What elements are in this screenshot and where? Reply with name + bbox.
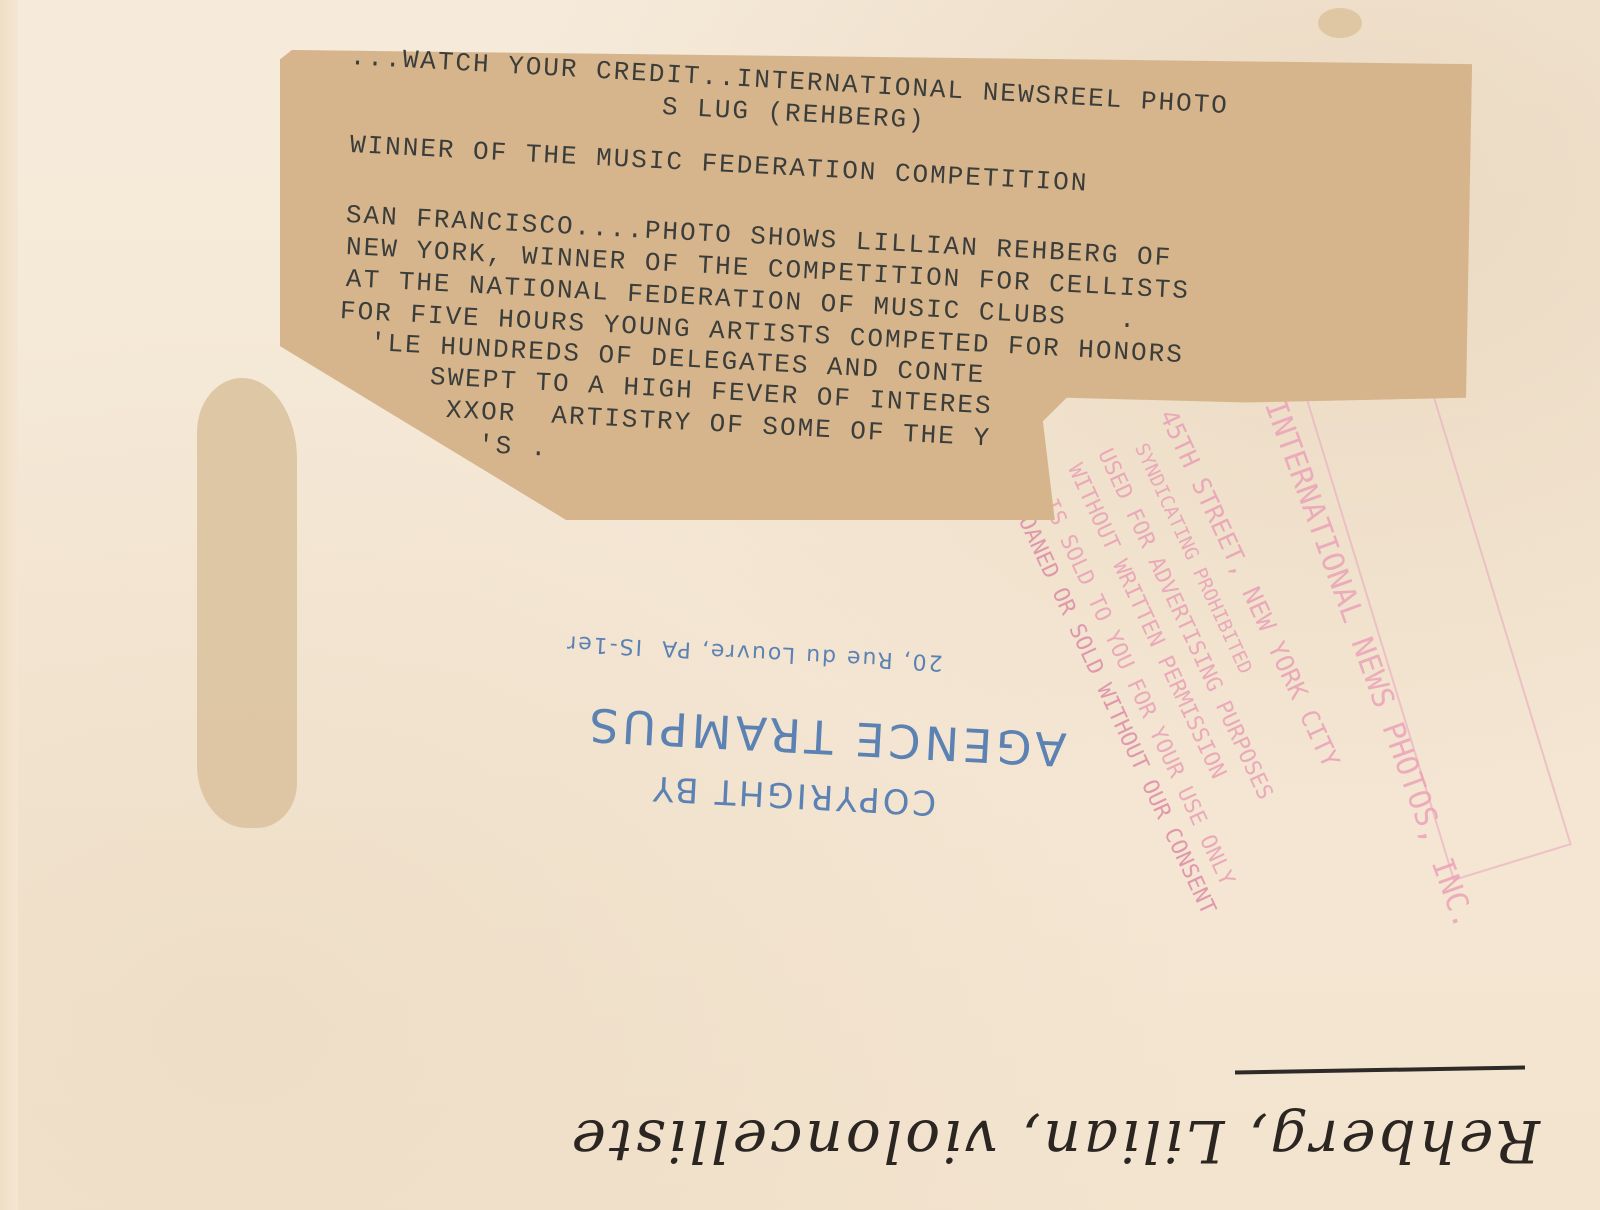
handwritten-name: Rehberg, Lilian, violoncelliste bbox=[600, 1045, 1540, 1175]
glue-stain bbox=[197, 378, 297, 828]
glue-stain-small bbox=[1318, 8, 1362, 38]
caption-line-8: 'S . bbox=[477, 430, 549, 464]
paper-edge bbox=[0, 0, 18, 1210]
